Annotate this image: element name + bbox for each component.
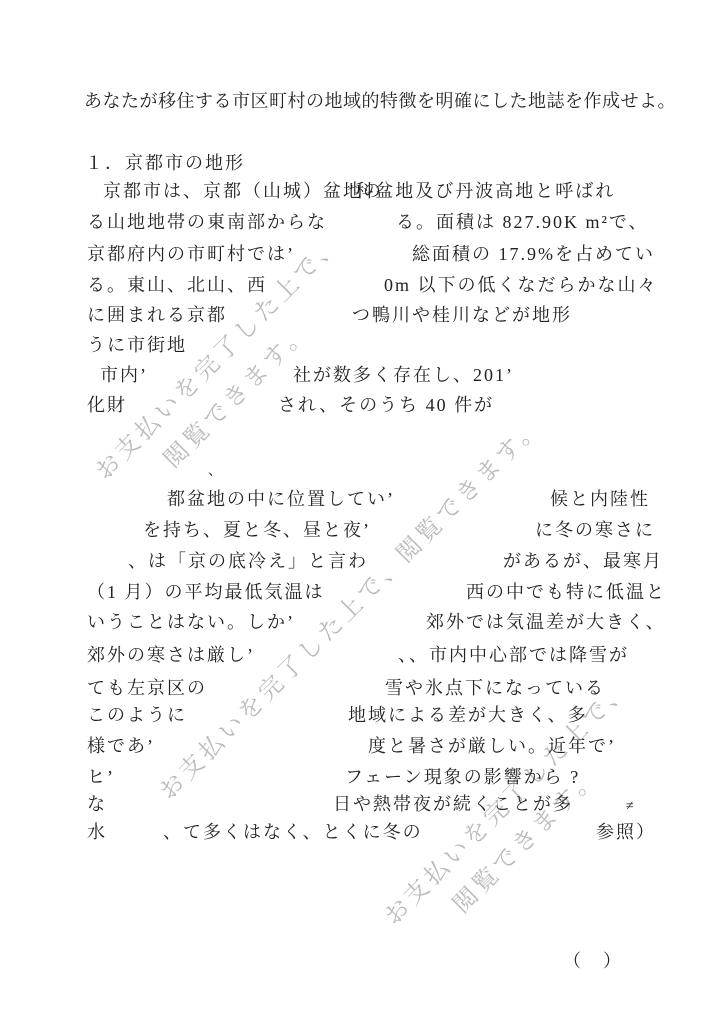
body-fragment: る。面積は 827.90K m²で、 (396, 211, 649, 233)
body-fragment: 度と暑さが厳しい。近年で’ (368, 735, 616, 757)
body-fragment: 、、市内中心部では降雪が (398, 644, 629, 666)
body-fragment: る山地地帯の東南部からな (87, 211, 327, 233)
body-fragment: 西の中でも特に低温と (466, 581, 666, 603)
body-fragment: 様であ’ (87, 735, 155, 757)
body-fragment: を持ち、夏と冬、昼と夜’ (143, 519, 371, 541)
body-fragment: このように (87, 704, 187, 726)
document-page: お支払いを完了した上で、閲覧できます。お支払いを完了した上で、閲覧できます。お支… (0, 0, 724, 1024)
body-fragment: 化財 (87, 394, 127, 416)
body-fragment: 水 (87, 821, 107, 843)
body-fragment: 日や熱帯夜が続くことが多 (333, 793, 573, 815)
body-fragment: 京都府内の市町村では’ (87, 243, 295, 265)
body-fragment: 市内’ (100, 364, 148, 386)
body-fragment: る。東山、北山、西 (87, 274, 267, 296)
body-fragment: ても左京区の (87, 677, 207, 699)
body-fragment: '科盆地及び丹波高地と呼ばれ (350, 180, 615, 202)
body-fragment: フェーン現象の影響から ? (345, 766, 580, 788)
text-layer: あなたが移住する市区町村の地域的特徴を明確にした地誌を作成せよ。１．京都市の地形… (0, 0, 724, 1024)
body-fragment: 郊外では気温差が大きく、 (426, 611, 666, 633)
body-fragment: 京都市は、京都（山城）盆地の (103, 180, 383, 202)
body-fragment: 地域による差が大きく、多 (348, 704, 588, 726)
body-fragment: に囲まれる京都 (87, 304, 227, 326)
body-fragment: 0m 以下の低くなだらかな山々 (384, 274, 658, 296)
body-fragment: 総面積の 17.9%を占めてい (412, 243, 655, 265)
body-fragment: 、て多くはなく、とくに冬の (163, 821, 423, 843)
body-fragment: 候と内陸性 (550, 488, 650, 510)
body-fragment: （1 月）の平均最低気温は (87, 581, 325, 603)
body-fragment: ≠ (626, 796, 636, 818)
body-fragment: 、 (208, 461, 224, 483)
body-fragment: 都盆地の中に位置してい’ (167, 488, 395, 510)
body-fragment: ヒ’ (87, 766, 115, 788)
body-fragment: つ鴨川や桂川などが地形 (352, 304, 572, 326)
body-fragment: 雪や氷点下になっている (385, 677, 605, 699)
body-fragment: 郊外の寒さは厳し’ (87, 644, 255, 666)
assignment-title: あなたが移住する市区町村の地域的特徴を明確にした地誌を作成せよ。 (84, 90, 676, 112)
footer-brackets: （ ） (563, 950, 623, 972)
body-fragment: があるが、最寒月 (503, 550, 663, 572)
body-fragment: 、は「京の底冷え」と言わ (128, 550, 368, 572)
body-fragment: うに市街地 (87, 334, 187, 356)
body-fragment: され、そのうち 40 件が (278, 394, 494, 416)
section-heading: １．京都市の地形 (85, 152, 245, 174)
body-fragment: 社が数多く存在し、201’ (293, 364, 514, 386)
body-fragment: 参照） (596, 821, 656, 843)
body-fragment: いうことはない。しか’ (87, 611, 295, 633)
body-fragment: に冬の寒さに (535, 519, 655, 541)
body-fragment: な (87, 793, 107, 815)
